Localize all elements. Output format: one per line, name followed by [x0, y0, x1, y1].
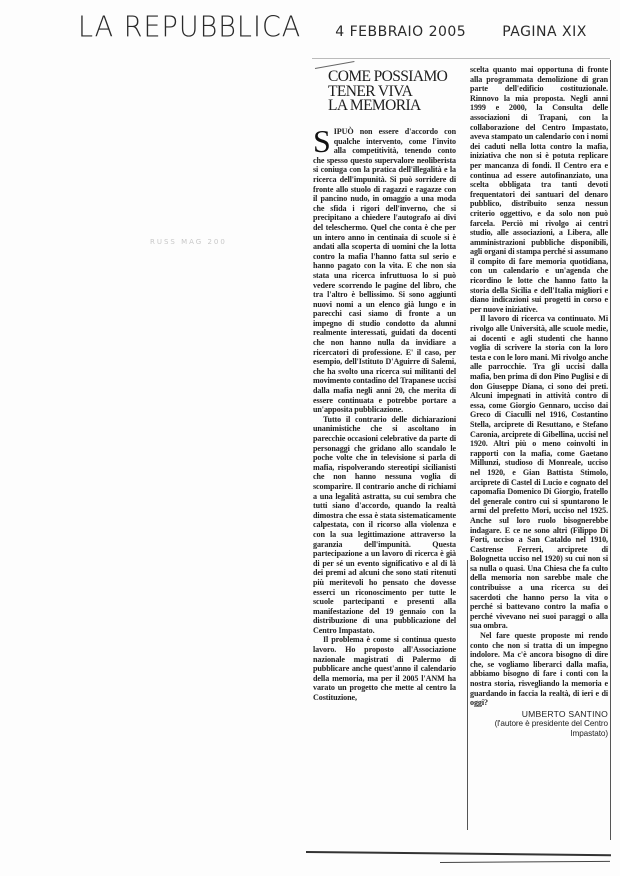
- clipping-right-border: [610, 60, 611, 840]
- paragraph: Il problema è come si continua questo la…: [313, 635, 456, 702]
- paragraph: Tutto il contrario delle dichiarazioni u…: [313, 415, 456, 636]
- title-line: LA MEMORIA: [328, 99, 458, 114]
- article-column-2: scelta quanto mai opportuna di fronte al…: [470, 65, 608, 739]
- paragraph: Il lavoro di ricerca va continuato. Mi r…: [470, 314, 608, 631]
- article-title: COME POSSIAMO TENER VIVA LA MEMORIA: [328, 70, 458, 114]
- article-signature: UMBERTO SANTINO (l'autore è presidente d…: [470, 709, 608, 739]
- page-number: PAGINA XIX: [502, 24, 587, 40]
- publication-date: 4 FEBBRAIO 2005: [335, 24, 466, 40]
- handwritten-header: LA REPUBBLICA 4 FEBBRAIO 2005 PAGINA XIX: [78, 12, 587, 48]
- paragraph: SIPUÒ non essere d'accordo con qualche i…: [313, 127, 456, 415]
- author-note: Impastato): [470, 729, 608, 739]
- paragraph: scelta quanto mai opportuna di fronte al…: [470, 65, 608, 314]
- bottom-pen-stroke: [440, 861, 610, 863]
- top-rule-divider: [312, 58, 610, 59]
- drop-cap: S: [313, 128, 331, 155]
- faint-stamp: RUSS MAG 200: [150, 238, 227, 246]
- author-name: UMBERTO SANTINO: [470, 709, 608, 719]
- article-column-1: SIPUÒ non essere d'accordo con qualche i…: [313, 127, 456, 703]
- paragraph-text: IPUÒ non essere d'accordo con qualche in…: [313, 127, 456, 414]
- bottom-pen-stroke: [306, 851, 611, 856]
- paragraph: Nel fare queste proposte mi rendo conto …: [470, 631, 608, 708]
- column-divider: [467, 560, 468, 830]
- author-note: (l'autore è presidente del Centro: [470, 719, 608, 729]
- newspaper-name: LA REPUBBLICA: [78, 11, 301, 44]
